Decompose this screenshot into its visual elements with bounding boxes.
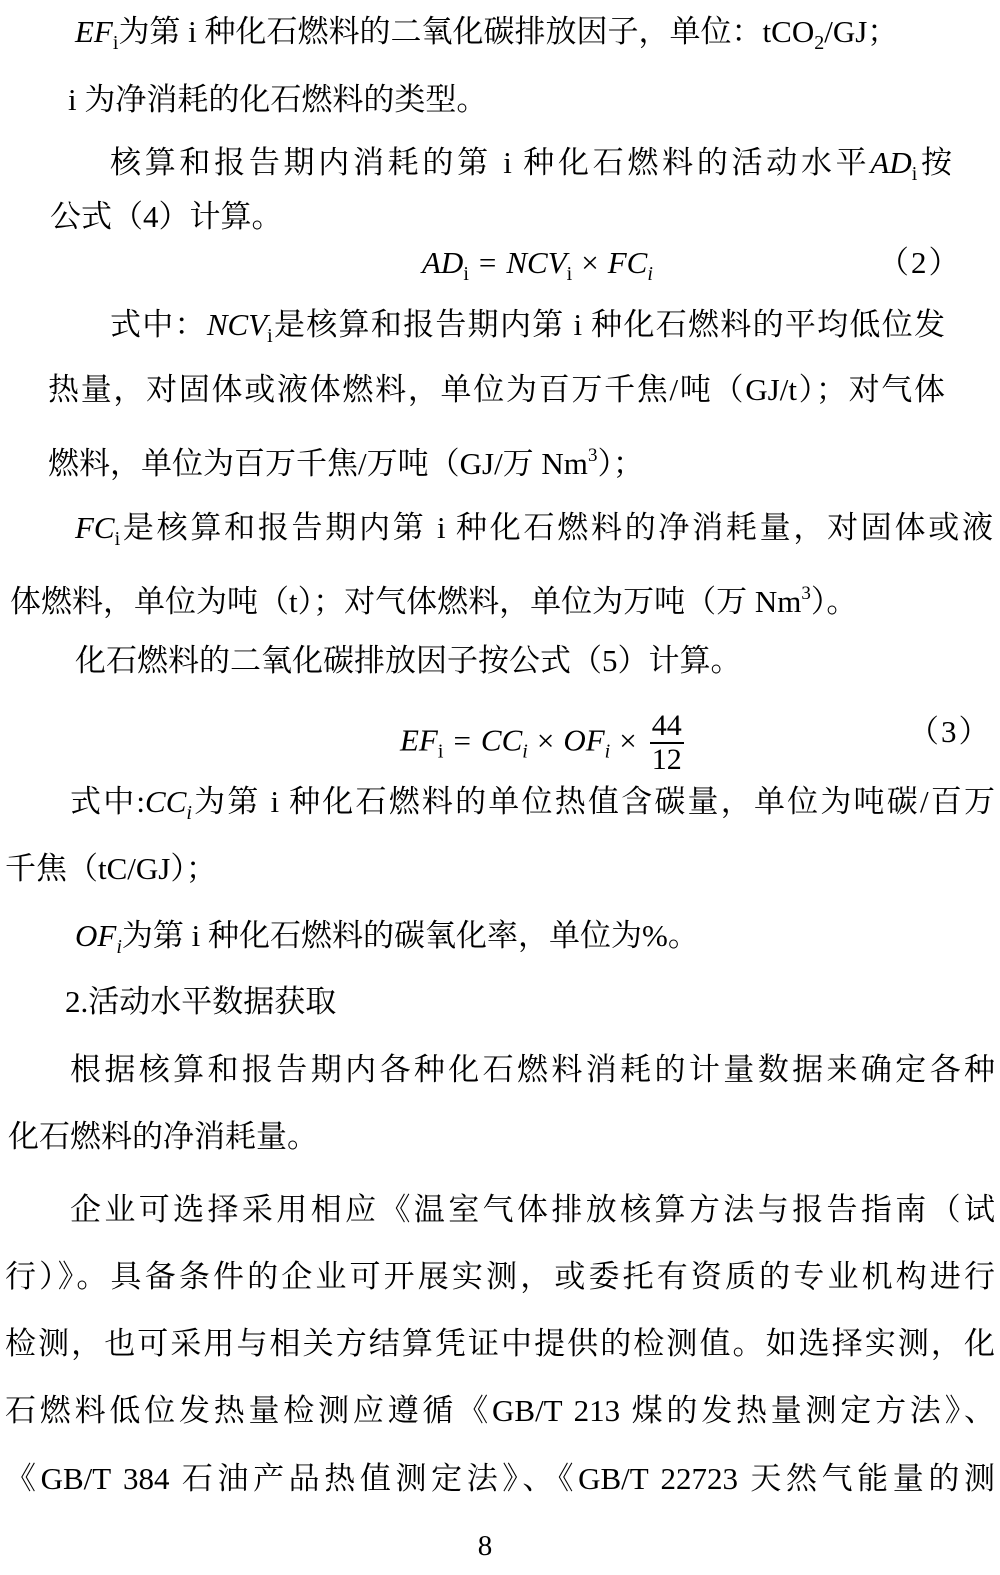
para-enterprise-line3: 检测，也可采用与相关方结算凭证中提供的检测值。如选择实测，化 [5, 1324, 995, 1364]
text-run: 核算和报告期内消耗的第 i 种化石燃料的活动水平 [110, 145, 870, 180]
subscript-i: i [438, 741, 444, 763]
para-activity-data-line2: 化石燃料的净消耗量。 [8, 1117, 318, 1157]
text-run: 公式（4）计算。 [50, 199, 283, 234]
fraction-44-12: 4412 [650, 710, 684, 777]
document-page: EFi为第 i 种化石燃料的二氧化碳排放因子，单位：tCO2/GJ； i 为净消… [0, 0, 1000, 1575]
para-fc-line2: 体燃料，单位为吨（t）；对气体燃料，单位为万吨（万 Nm3）。 [10, 574, 857, 622]
line-fuel-type-definition: i 为净消耗的化石燃料的类型。 [68, 80, 487, 120]
formula-ef-number: （3） [908, 712, 992, 752]
text-run: 千焦（tC/GJ）； [5, 851, 217, 886]
line-of-definition: OFi为第 i 种化石燃料的碳氧化率，单位为%。 [75, 916, 699, 967]
text-run: 为第 i 种化石燃料的单位热值含碳量，单位为吨碳/百万 [192, 784, 995, 819]
equals-sign: = [479, 245, 496, 280]
para-activity-level-line1: 核算和报告期内消耗的第 i 种化石燃料的活动水平ADi按 [110, 143, 952, 194]
para-enterprise-line5: 《GB/T 384 石油产品热值测定法》、《GB/T 22723 天然气能量的测 [5, 1459, 995, 1499]
var-EF: EF [75, 14, 113, 49]
subscript-2: 2 [814, 32, 824, 54]
multiply-sign: × [581, 245, 598, 280]
text-run: 是核算和报告期内第 i 种化石燃料的净消耗量，对固体或液 [120, 510, 993, 545]
formula-ef: EFi=CCi×OFi×4412 [400, 710, 684, 777]
text-run: 按 [917, 145, 952, 180]
formula-ad-number: （2） [878, 243, 962, 283]
var-CC: CC [145, 784, 186, 819]
var-EF: EF [400, 723, 438, 758]
text-run: 石燃料低位发热量检测应遵循《GB/T 213 煤的发热量测定方法》、 [5, 1393, 995, 1428]
subscript-i: i [567, 263, 573, 285]
para-ncv-line3: 燃料，单位为百万千焦/万吨（GJ/万 Nm3）； [48, 436, 644, 484]
text-run: 根据核算和报告期内各种化石燃料消耗的计量数据来确定各种 [70, 1052, 995, 1087]
var-FC: FC [75, 510, 115, 545]
var-FC: FC [608, 245, 648, 280]
para-activity-data-line1: 根据核算和报告期内各种化石燃料消耗的计量数据来确定各种 [70, 1050, 995, 1090]
para-fc-line1: FCi是核算和报告期内第 i 种化石燃料的净消耗量，对固体或液 [75, 508, 993, 559]
text-run: /GJ； [824, 14, 898, 49]
text-run: ）。 [811, 584, 858, 619]
para-enterprise-line4: 石燃料低位发热量检测应遵循《GB/T 213 煤的发热量测定方法》、 [5, 1391, 995, 1431]
text-run: 行）》。具备条件的企业可开展实测，或委托有资质的专业机构进行 [5, 1259, 995, 1294]
text-run: ）； [597, 446, 644, 481]
text-run: 燃料，单位为百万千焦/万吨（GJ/万 Nm [48, 446, 588, 481]
multiply-sign: × [537, 723, 554, 758]
text-run: 检测，也可采用与相关方结算凭证中提供的检测值。如选择实测，化 [5, 1326, 995, 1361]
superscript-3: 3 [588, 445, 598, 466]
text-run: 《GB/T 384 石油产品热值测定法》、《GB/T 22723 天然气能量的测 [5, 1461, 995, 1496]
para-enterprise-line2: 行）》。具备条件的企业可开展实测，或委托有资质的专业机构进行 [5, 1257, 995, 1297]
para-ncv-line1: 式中：NCVi是核算和报告期内第 i 种化石燃料的平均低位发 [110, 305, 945, 356]
var-NCV: NCV [207, 307, 267, 342]
equals-sign: = [453, 723, 470, 758]
text-run: 为第 i 种化石燃料的二氧化碳排放因子，单位：tCO [118, 14, 814, 49]
var-NCV: NCV [506, 245, 566, 280]
para-enterprise-line1: 企业可选择采用相应《温室气体排放核算方法与报告指南（试 [70, 1190, 995, 1230]
text-run: 是核算和报告期内第 i 种化石燃料的平均低位发 [273, 307, 945, 342]
page-number: 8 [0, 1528, 970, 1564]
para-activity-level-line2: 公式（4）计算。 [50, 197, 283, 237]
text-run: 企业可选择采用相应《温室气体排放核算方法与报告指南（试 [70, 1192, 995, 1227]
para-cc-line1: 式中:CCi为第 i 种化石燃料的单位热值含碳量，单位为吨碳/百万 [70, 782, 995, 833]
var-CC: CC [481, 723, 522, 758]
text-run: 式中: [70, 784, 145, 819]
var-OF: OF [563, 723, 604, 758]
multiply-sign: × [619, 723, 636, 758]
fraction-denominator: 12 [650, 744, 684, 776]
subscript-i: i [463, 263, 469, 285]
text-run: 化石燃料的净消耗量。 [8, 1119, 318, 1154]
subscript-i: i [605, 741, 611, 763]
var-AD: AD [870, 145, 911, 180]
text-run: i 为净消耗的化石燃料的类型。 [68, 82, 487, 117]
var-AD: AD [422, 245, 463, 280]
var-OF: OF [75, 918, 116, 953]
para-ncv-line2: 热量，对固体或液体燃料，单位为百万千焦/吨（GJ/t）；对气体 [48, 370, 945, 410]
text-run: 为第 i 种化石燃料的碳氧化率，单位为%。 [122, 918, 699, 953]
text-run: 式中： [110, 307, 207, 342]
formula-ad: ADi=NCVi×FCi [422, 243, 653, 294]
line-ef-formula-intro: 化石燃料的二氧化碳排放因子按公式（5）计算。 [75, 641, 742, 681]
superscript-3: 3 [801, 583, 811, 604]
text-run: 热量，对固体或液体燃料，单位为百万千焦/吨（GJ/t）；对气体 [48, 372, 945, 407]
text-run: 体燃料，单位为吨（t）；对气体燃料，单位为万吨（万 Nm [10, 584, 801, 619]
heading-activity-data: 2.活动水平数据获取 [65, 982, 336, 1022]
para-cc-line2: 千焦（tC/GJ）； [5, 849, 217, 889]
text-run: 2.活动水平数据获取 [65, 984, 336, 1019]
subscript-i: i [647, 263, 653, 285]
line-ef-definition: EFi为第 i 种化石燃料的二氧化碳排放因子，单位：tCO2/GJ； [75, 12, 898, 63]
fraction-numerator: 44 [650, 710, 684, 744]
subscript-i: i [522, 741, 528, 763]
text-run: 化石燃料的二氧化碳排放因子按公式（5）计算。 [75, 643, 742, 678]
